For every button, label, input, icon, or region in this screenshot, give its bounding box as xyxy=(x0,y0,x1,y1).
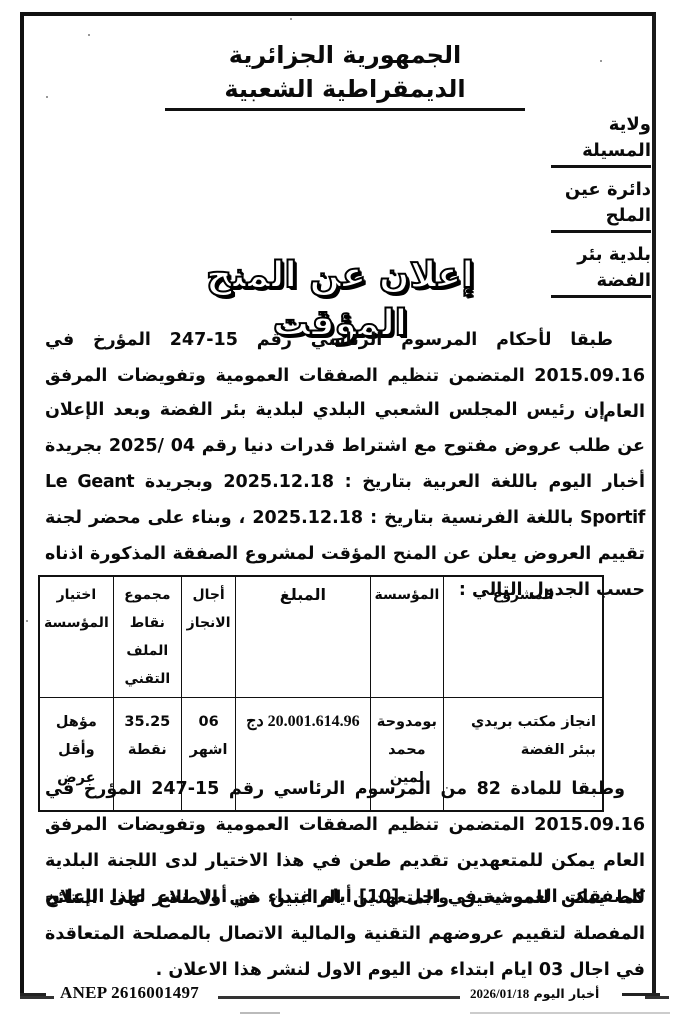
footer-rule-middle xyxy=(218,996,460,999)
publication-date: 2026/01/18 xyxy=(470,986,529,1001)
footer: ANEP 2616001497 أخبار اليوم 2026/01/18 xyxy=(0,980,689,1010)
republic-heading: الجمهورية الجزائرية الديمقراطية الشعبية xyxy=(165,38,525,111)
announcement-text-part1: إن رئيس المجلس الشعبي البلدي لبلدية بئر … xyxy=(45,400,645,492)
daira-label: دائرة عين الملح xyxy=(551,177,651,233)
scan-speck xyxy=(600,60,602,62)
wilaya-label: ولاية المسيلة xyxy=(551,112,651,168)
scan-smudge xyxy=(470,1012,670,1014)
table-header-row: المشروع المؤسسة المبلغ أجال الانجاز مجمو… xyxy=(39,576,603,698)
header-company: المؤسسة xyxy=(370,576,444,698)
publication-name: أخبار اليوم xyxy=(534,986,600,1001)
commune-label: بلدية بئر الفضة xyxy=(551,242,651,298)
anep-code: ANEP 2616001497 xyxy=(60,983,199,1003)
scan-speck xyxy=(46,96,48,98)
header-amount: المبلغ xyxy=(236,576,370,698)
header-duration: أجال الانجاز xyxy=(181,576,235,698)
header-project: المشروع xyxy=(444,576,603,698)
footer-rule-right xyxy=(645,996,669,999)
scan-smudge xyxy=(240,1012,280,1014)
header-selection-reason: اختيار المؤسسة xyxy=(39,576,113,698)
scan-speck xyxy=(26,620,28,622)
scan-speck xyxy=(290,18,292,20)
footer-rule-left xyxy=(20,996,54,999)
header-technical-score: مجموع نقاط الملف التقني xyxy=(113,576,181,698)
scan-speck xyxy=(88,34,90,36)
administrative-header: ولاية المسيلة دائرة عين الملح بلدية بئر … xyxy=(551,112,651,307)
publication-info: أخبار اليوم 2026/01/18 xyxy=(470,986,599,1002)
results-access-paragraph: كما يمكن للمرشحين والمتعهدين الراغبين في… xyxy=(45,880,645,988)
